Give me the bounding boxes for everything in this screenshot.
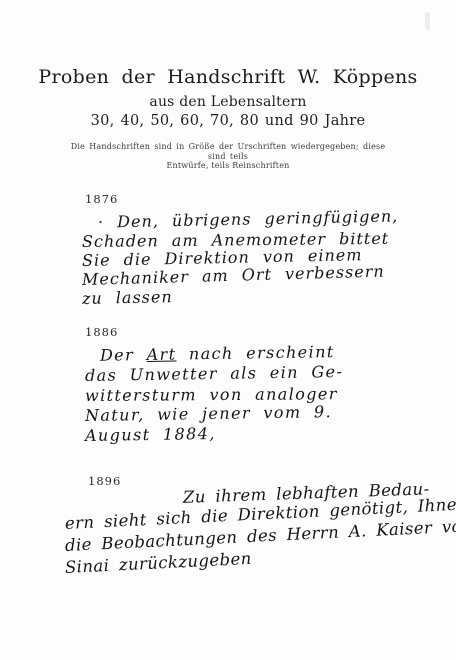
underlined-word: Art [146, 345, 176, 364]
sample-1886: 1886 Der Art nach erscheint das Unwetter… [0, 325, 456, 446]
year-label-1886: 1886 [85, 325, 456, 339]
year-label-1876: 1876 [85, 192, 456, 206]
scan-artifact [425, 12, 430, 30]
page-title: Proben der Handschrift W. Köppens [0, 66, 456, 88]
handwriting-block-1876: · Den, übrigens geringfügigen, Schaden a… [82, 213, 456, 308]
caption: Die Handschriften sind in Größe der Ursc… [63, 142, 393, 171]
handwriting-block-1886: Der Art nach erscheint das Unwetter als … [85, 346, 456, 446]
book-page: Proben der Handschrift W. Köppens aus de… [0, 0, 456, 660]
handwriting-block-1896: Zu ihrem lebhaften Bedau- ern sieht sich… [65, 491, 456, 579]
subtitle: aus den Lebensaltern [0, 94, 456, 110]
page-header: Proben der Handschrift W. Köppens aus de… [0, 66, 456, 171]
handwriting-text: Der [100, 345, 147, 365]
caption-line-1: Die Handschriften sind in Größe der Ursc… [63, 142, 393, 161]
ages-line: 30, 40, 50, 60, 70, 80 und 90 Jahre [0, 113, 456, 129]
caption-line-2: Entwürfe, teils Reinschriften [63, 161, 393, 171]
sample-1896: 1896 Zu ihrem lebhaften Bedau- ern sieht… [0, 474, 456, 579]
sample-1876: 1876 · Den, übrigens geringfügigen, Scha… [0, 192, 456, 308]
handwriting-text: nach erscheint [176, 342, 334, 363]
